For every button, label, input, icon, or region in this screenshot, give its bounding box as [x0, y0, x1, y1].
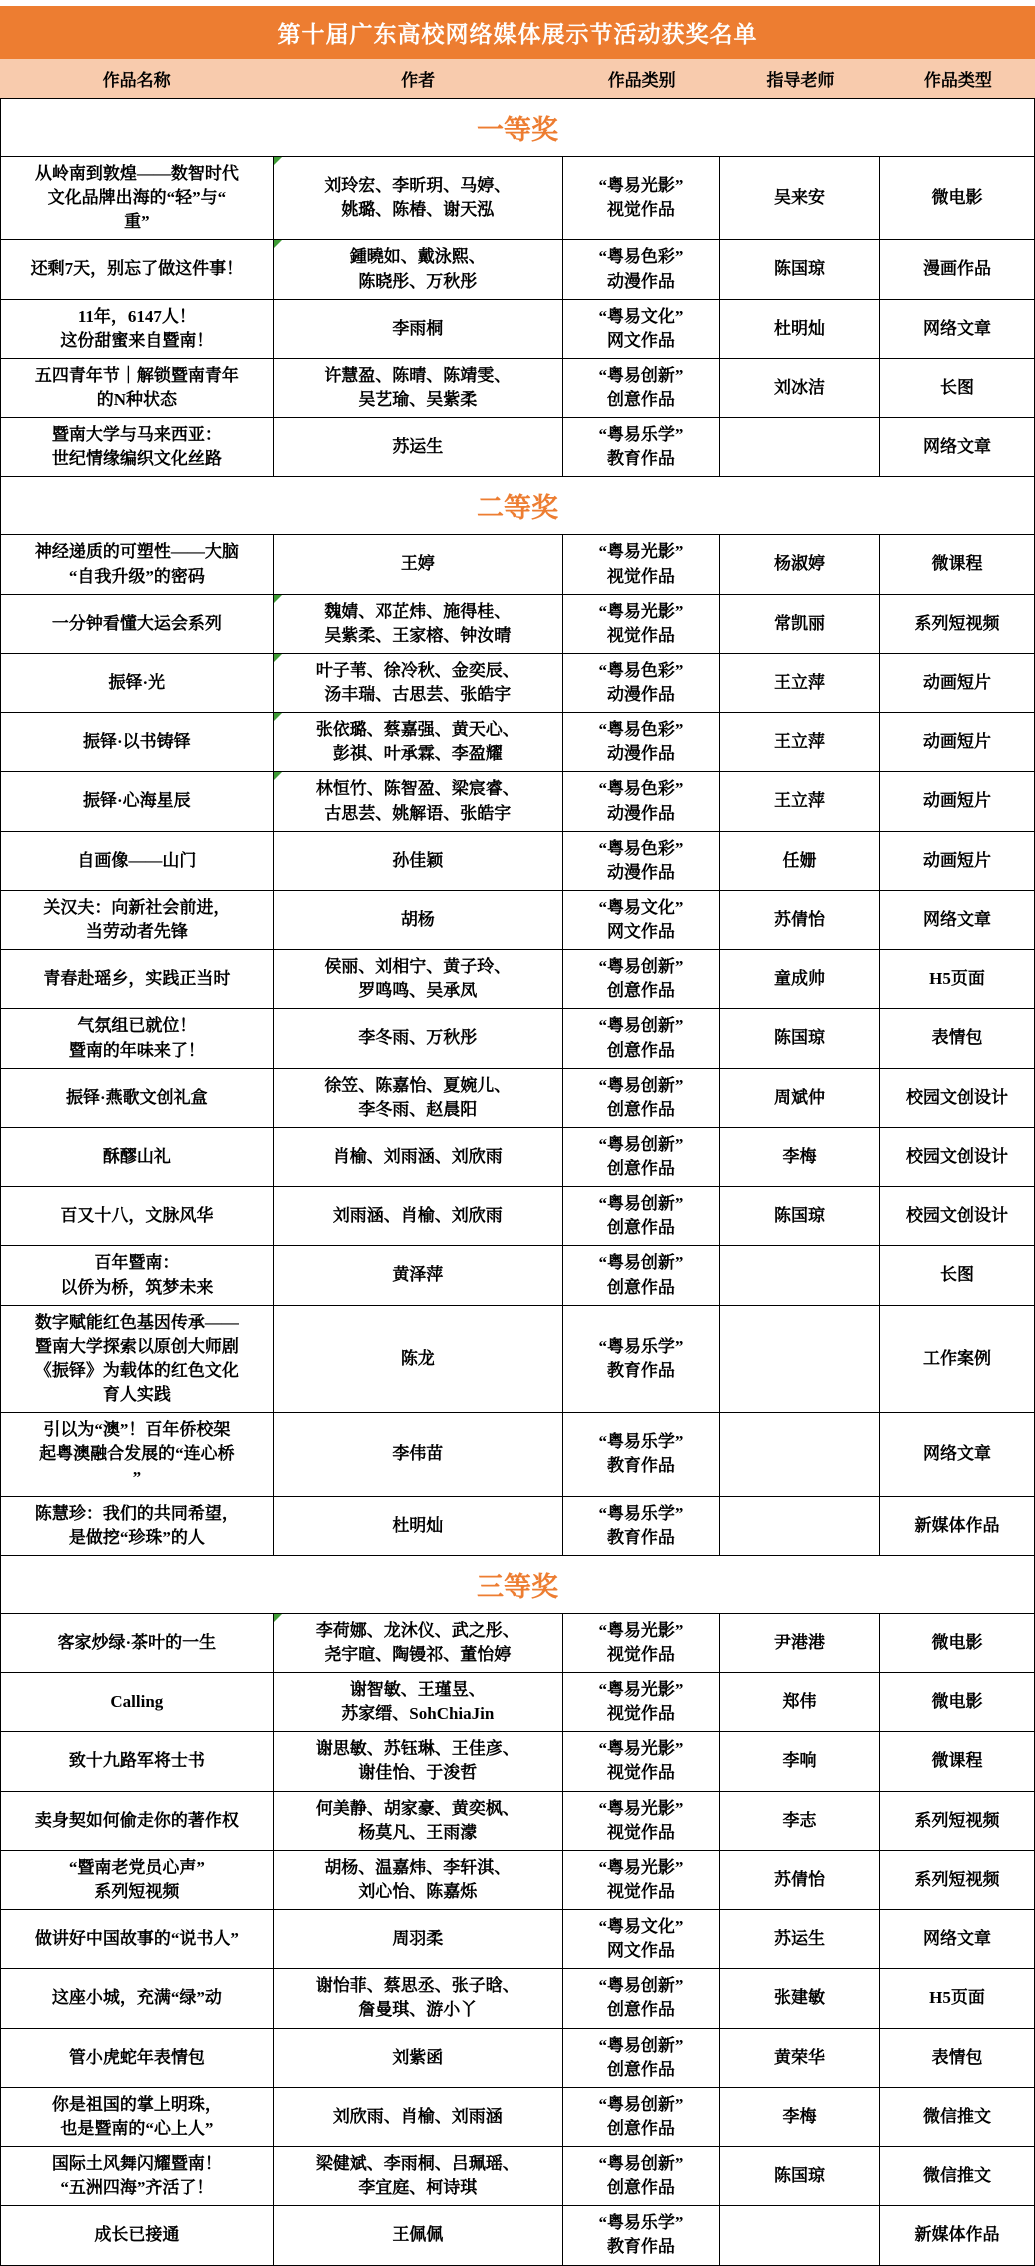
work-name-cell: Calling — [1, 1673, 274, 1731]
work-name-cell-text: 做讲好中国故事的“说书人” — [35, 1927, 239, 1951]
teacher-cell: 李梅 — [720, 2088, 880, 2146]
category-cell: “粤易创新” 创意作品 — [563, 1009, 720, 1067]
type-cell-text: 微信推文 — [923, 2164, 991, 2188]
teacher-cell: 刘冰洁 — [720, 359, 880, 417]
type-cell: 网络文章 — [880, 1413, 1034, 1495]
type-cell: 网络文章 — [880, 1910, 1034, 1968]
type-cell: 动画短片 — [880, 713, 1034, 771]
work-name-cell-text: 陈慧珍：我们的共同希望， 是做挖“珍珠”的人 — [35, 1502, 239, 1550]
work-name-cell-text: 你是祖国的掌上明珠， 也是暨南的“心上人” — [52, 2093, 222, 2141]
type-cell: 网络文章 — [880, 418, 1034, 476]
table-row: 你是祖国的掌上明珠， 也是暨南的“心上人”刘欣雨、肖榆、刘雨涵“粤易创新” 创意… — [1, 2088, 1034, 2147]
table-row: 振铎·心海星辰林恒竹、陈智盈、梁宸睿、 古思芸、姚解语、张皓宇“粤易色彩” 动漫… — [1, 772, 1034, 831]
category-cell: “粤易文化” 网文作品 — [563, 300, 720, 358]
category-cell-text: “粤易创新” 创意作品 — [598, 1014, 683, 1062]
type-cell-text: 微电影 — [932, 186, 983, 210]
authors-cell-text: 侯丽、刘相宁、黄子玲、 罗鸣鸣、吴承凤 — [324, 955, 511, 1003]
authors-cell-text: 谢智敏、王瑾昱、 苏家缙、SohChiaJin — [341, 1678, 494, 1726]
type-cell-text: 微课程 — [932, 552, 983, 576]
authors-cell-text: 刘玲宏、李昕玥、马婷、 姚璐、陈椿、谢天泓 — [324, 174, 511, 222]
work-name-cell: 自画像——山门 — [1, 832, 274, 890]
teacher-cell: 陈国琼 — [720, 2147, 880, 2205]
teacher-cell-text: 王立萍 — [774, 730, 825, 754]
work-name-cell-text: 还剩7天，别忘了做这件事！ — [31, 257, 244, 281]
category-cell-text: “粤易创新” 创意作品 — [598, 2093, 683, 2141]
teacher-cell-text: 李梅 — [783, 1145, 817, 1169]
category-cell-text: “粤易创新” 创意作品 — [598, 1133, 683, 1181]
type-cell-text: H5页面 — [929, 967, 985, 991]
type-cell: 网络文章 — [880, 891, 1034, 949]
work-name-cell-text: 振铎·燕歌文创礼盒 — [66, 1086, 208, 1110]
category-cell: “粤易创新” 创意作品 — [563, 359, 720, 417]
type-cell: 表情包 — [880, 1009, 1034, 1067]
type-cell-text: 校园文创设计 — [906, 1145, 1008, 1169]
teacher-cell: 张建敏 — [720, 1969, 880, 2027]
authors-cell: 黄泽萍 — [274, 1246, 563, 1304]
authors-cell: 谢思敏、苏钰琳、王佳彦、 谢佳怡、于浚哲 — [274, 1732, 563, 1790]
teacher-cell-text: 李志 — [783, 1809, 817, 1833]
type-cell: 长图 — [880, 1246, 1034, 1304]
authors-cell-text: 孙佳颖 — [392, 849, 443, 873]
category-cell: “粤易色彩” 动漫作品 — [563, 713, 720, 771]
work-name-cell: 百年暨南： 以侨为桥，筑梦未来 — [1, 1246, 274, 1304]
column-header-authors: 作者 — [273, 59, 563, 98]
work-name-cell: 振铎·以书铸铎 — [1, 713, 274, 771]
work-name-cell: 引以为“澳”！百年侨校架 起粤澳融合发展的“连心桥 ” — [1, 1413, 274, 1495]
teacher-cell: 童成帅 — [720, 950, 880, 1008]
category-cell-text: “粤易创新” 创意作品 — [598, 1192, 683, 1240]
column-header-teacher: 指导老师 — [720, 59, 880, 98]
category-cell-text: “粤易光影” 视觉作品 — [598, 600, 683, 648]
work-name-cell-text: 管小虎蛇年表情包 — [69, 2046, 205, 2070]
category-cell: “粤易文化” 网文作品 — [563, 1910, 720, 1968]
authors-cell-text: 叶子苇、徐冷秋、金奕辰、 汤丰瑞、古思芸、张皓宇 — [316, 659, 520, 707]
awards-list-page: 第十届广东高校网络媒体展示节活动获奖名单 作品名称 作者 作品类别 指导老师 作… — [0, 6, 1035, 2266]
category-cell-text: “粤易创新” 创意作品 — [598, 2152, 683, 2200]
teacher-cell-text: 周斌仲 — [774, 1086, 825, 1110]
category-cell-text: “粤易文化” 网文作品 — [598, 896, 683, 944]
authors-cell-text: 王婷 — [401, 552, 435, 576]
category-cell-text: “粤易光影” 视觉作品 — [598, 174, 683, 222]
excel-error-marker-icon — [274, 713, 282, 721]
category-cell: “粤易创新” 创意作品 — [563, 1246, 720, 1304]
category-cell-text: “粤易文化” 网文作品 — [598, 1915, 683, 1963]
category-cell: “粤易创新” 创意作品 — [563, 1969, 720, 2027]
work-name-cell: 陈慧珍：我们的共同希望， 是做挖“珍珠”的人 — [1, 1497, 274, 1555]
teacher-cell-text: 杜明灿 — [774, 317, 825, 341]
teacher-cell-text: 吴来安 — [774, 186, 825, 210]
category-cell-text: “粤易光影” 视觉作品 — [598, 1678, 683, 1726]
work-name-cell: 还剩7天，别忘了做这件事！ — [1, 240, 274, 298]
teacher-cell-text: 任姗 — [783, 849, 817, 873]
section-header: 二等奖 — [1, 477, 1034, 535]
type-cell-text: 网络文章 — [923, 1927, 991, 1951]
authors-cell-text: 王佩佩 — [392, 2223, 443, 2247]
authors-cell: 李冬雨、万秋彤 — [274, 1009, 563, 1067]
authors-cell: 林恒竹、陈智盈、梁宸睿、 古思芸、姚解语、张皓宇 — [274, 772, 563, 830]
table-row: 引以为“澳”！百年侨校架 起粤澳融合发展的“连心桥 ”李伟苗“粤易乐学” 教育作… — [1, 1413, 1034, 1496]
type-cell: 校园文创设计 — [880, 1187, 1034, 1245]
work-name-cell-text: 从岭南到敦煌——数智时代 文化品牌出海的“轻”与“ 重” — [35, 162, 239, 234]
work-name-cell-text: 暨南大学与马来西亚： 世纪情缘编织文化丝路 — [52, 423, 222, 471]
work-name-cell-text: 振铎·以书铸铎 — [83, 730, 191, 754]
type-cell: 漫画作品 — [880, 240, 1034, 298]
category-cell-text: “粤易光影” 视觉作品 — [598, 1619, 683, 1667]
category-cell: “粤易创新” 创意作品 — [563, 2088, 720, 2146]
type-cell-text: 动画短片 — [923, 789, 991, 813]
authors-cell: 刘玲宏、李昕玥、马婷、 姚璐、陈椿、谢天泓 — [274, 157, 563, 239]
authors-cell-text: 林恒竹、陈智盈、梁宸睿、 古思芸、姚解语、张皓宇 — [316, 777, 520, 825]
work-name-cell-text: 神经递质的可塑性——大脑 “自我升级”的密码 — [35, 540, 239, 588]
category-cell: “粤易创新” 创意作品 — [563, 950, 720, 1008]
excel-error-marker-icon — [274, 240, 282, 248]
authors-cell-text: 刘紫函 — [392, 2046, 443, 2070]
teacher-cell: 陈国琼 — [720, 240, 880, 298]
page-title: 第十届广东高校网络媒体展示节活动获奖名单 — [0, 6, 1035, 59]
teacher-cell-text: 常凯丽 — [774, 612, 825, 636]
authors-cell-text: 李冬雨、万秋彤 — [358, 1026, 477, 1050]
authors-cell-text: 胡杨、温嘉炜、李轩淇、 刘心怡、陈嘉烁 — [324, 1856, 511, 1904]
type-cell: 微信推文 — [880, 2147, 1034, 2205]
type-cell-text: 微电影 — [932, 1690, 983, 1714]
type-cell: 表情包 — [880, 2029, 1034, 2087]
category-cell: “粤易光影” 视觉作品 — [563, 1732, 720, 1790]
type-cell-text: 表情包 — [932, 1026, 983, 1050]
work-name-cell-text: 自画像——山门 — [77, 849, 196, 873]
teacher-cell-text: 童成帅 — [774, 967, 825, 991]
authors-cell: 孙佳颖 — [274, 832, 563, 890]
work-name-cell: 暨南大学与马来西亚： 世纪情缘编织文化丝路 — [1, 418, 274, 476]
type-cell-text: 系列短视频 — [915, 1868, 1000, 1892]
teacher-cell: 周斌仲 — [720, 1069, 880, 1127]
table-row: “暨南老党员心声” 系列短视频胡杨、温嘉炜、李轩淇、 刘心怡、陈嘉烁“粤易光影”… — [1, 1851, 1034, 1910]
authors-cell: 李伟苗 — [274, 1413, 563, 1495]
work-name-cell: “暨南老党员心声” 系列短视频 — [1, 1851, 274, 1909]
authors-cell-text: 何美静、胡家豪、黄奕枫、 杨莫凡、王雨濛 — [316, 1797, 520, 1845]
table-row: 做讲好中国故事的“说书人”周羽柔“粤易文化” 网文作品苏运生网络文章 — [1, 1910, 1034, 1969]
authors-cell: 王婷 — [274, 535, 563, 593]
authors-cell: 魏婧、邓芷炜、施得桂、 吴紫柔、王家榕、钟汝晴 — [274, 595, 563, 653]
teacher-cell — [720, 1246, 880, 1304]
type-cell: 微电影 — [880, 1614, 1034, 1672]
authors-cell: 鍾曉如、戴泳熙、 陈晓彤、万秋彤 — [274, 240, 563, 298]
category-cell-text: “粤易创新” 创意作品 — [598, 1074, 683, 1122]
teacher-cell-text: 苏倩怡 — [774, 1868, 825, 1892]
table-row: 数字赋能红色基因传承—— 暨南大学探索以原创大师剧 《振铎》为载体的红色文化 育… — [1, 1306, 1034, 1414]
category-cell: “粤易创新” 创意作品 — [563, 2147, 720, 2205]
type-cell: 网络文章 — [880, 300, 1034, 358]
work-name-cell: 管小虎蛇年表情包 — [1, 2029, 274, 2087]
table-row: 这座小城，充满“绿”动谢怡菲、蔡思丞、张子晗、 詹曼琪、游小丫“粤易创新” 创意… — [1, 1969, 1034, 2028]
authors-cell: 侯丽、刘相宁、黄子玲、 罗鸣鸣、吴承凤 — [274, 950, 563, 1008]
authors-cell-text: 胡杨 — [401, 908, 435, 932]
teacher-cell-text: 张建敏 — [774, 1986, 825, 2010]
work-name-cell: 振铎·光 — [1, 654, 274, 712]
category-cell: “粤易乐学” 教育作品 — [563, 1497, 720, 1555]
authors-cell: 周羽柔 — [274, 1910, 563, 1968]
teacher-cell-text: 李响 — [783, 1749, 817, 1773]
authors-cell-text: 李荷娜、龙沐仪、武之彤、 尧宇暄、陶镘祁、董怡婷 — [316, 1619, 520, 1667]
teacher-cell: 苏运生 — [720, 1910, 880, 1968]
category-cell: “粤易创新” 创意作品 — [563, 1128, 720, 1186]
authors-cell-text: 黄泽萍 — [392, 1263, 443, 1287]
column-header-work-name: 作品名称 — [0, 59, 273, 98]
category-cell-text: “粤易光影” 视觉作品 — [598, 1856, 683, 1904]
category-cell-text: “粤易色彩” 动漫作品 — [598, 718, 683, 766]
table-row: 暨南大学与马来西亚： 世纪情缘编织文化丝路苏运生“粤易乐学” 教育作品网络文章 — [1, 418, 1034, 477]
work-name-cell: 振铎·燕歌文创礼盒 — [1, 1069, 274, 1127]
teacher-cell-text: 杨淑婷 — [774, 552, 825, 576]
work-name-cell-text: 振铎·心海星辰 — [83, 789, 191, 813]
table-row: 管小虎蛇年表情包刘紫函“粤易创新” 创意作品黄荣华表情包 — [1, 2029, 1034, 2088]
type-cell-text: 表情包 — [932, 2046, 983, 2070]
table-row: 五四青年节｜解锁暨南青年 的N种状态许慧盈、陈晴、陈靖雯、 吴艺瑜、吴紫柔“粤易… — [1, 359, 1034, 418]
authors-cell: 李雨桐 — [274, 300, 563, 358]
teacher-cell: 苏倩怡 — [720, 1851, 880, 1909]
work-name-cell: 11年，6147人！ 这份甜蜜来自暨南！ — [1, 300, 274, 358]
column-header-category: 作品类别 — [563, 59, 720, 98]
table-body: 一等奖从岭南到敦煌——数智时代 文化品牌出海的“轻”与“ 重”刘玲宏、李昕玥、马… — [0, 98, 1035, 2266]
category-cell-text: “粤易乐学” 教育作品 — [598, 1502, 683, 1550]
type-cell-text: 微电影 — [932, 1631, 983, 1655]
category-cell-text: “粤易色彩” 动漫作品 — [598, 659, 683, 707]
authors-cell-text: 李伟苗 — [392, 1442, 443, 1466]
type-cell-text: 网络文章 — [923, 1442, 991, 1466]
category-cell-text: “粤易乐学” 教育作品 — [598, 1335, 683, 1383]
excel-error-marker-icon — [274, 157, 282, 165]
work-name-cell-text: 振铎·光 — [109, 671, 166, 695]
type-cell-text: 网络文章 — [923, 317, 991, 341]
work-name-cell-text: 酥醪山礼 — [103, 1145, 171, 1169]
category-cell-text: “粤易乐学” 教育作品 — [598, 423, 683, 471]
work-name-cell: 这座小城，充满“绿”动 — [1, 1969, 274, 2027]
work-name-cell-text: 青春赴瑶乡，实践正当时 — [43, 967, 230, 991]
authors-cell: 谢怡菲、蔡思丞、张子晗、 詹曼琪、游小丫 — [274, 1969, 563, 2027]
work-name-cell-text: 国际土风舞闪耀暨南！ “五洲四海”齐活了！ — [52, 2152, 222, 2200]
authors-cell-text: 谢怡菲、蔡思丞、张子晗、 詹曼琪、游小丫 — [316, 1974, 520, 2022]
authors-cell-text: 杜明灿 — [392, 1514, 443, 1538]
category-cell: “粤易色彩” 动漫作品 — [563, 654, 720, 712]
table-row: 振铎·光叶子苇、徐冷秋、金奕辰、 汤丰瑞、古思芸、张皓宇“粤易色彩” 动漫作品王… — [1, 654, 1034, 713]
authors-cell: 胡杨、温嘉炜、李轩淇、 刘心怡、陈嘉烁 — [274, 1851, 563, 1909]
teacher-cell-text: 陈国琼 — [774, 1026, 825, 1050]
table-row: 陈慧珍：我们的共同希望， 是做挖“珍珠”的人杜明灿“粤易乐学” 教育作品新媒体作… — [1, 1497, 1034, 1556]
table-row: 振铎·以书铸铎张依璐、蔡嘉强、黄天心、 彭祺、叶承霖、李盈耀“粤易色彩” 动漫作… — [1, 713, 1034, 772]
authors-cell: 张依璐、蔡嘉强、黄天心、 彭祺、叶承霖、李盈耀 — [274, 713, 563, 771]
authors-cell-text: 陈龙 — [401, 1347, 435, 1371]
work-name-cell: 国际土风舞闪耀暨南！ “五洲四海”齐活了！ — [1, 2147, 274, 2205]
section-header: 三等奖 — [1, 1556, 1034, 1614]
type-cell-text: 工作案例 — [923, 1347, 991, 1371]
authors-cell: 李荷娜、龙沐仪、武之彤、 尧宇暄、陶镘祁、董怡婷 — [274, 1614, 563, 1672]
authors-cell: 胡杨 — [274, 891, 563, 949]
type-cell: 系列短视频 — [880, 595, 1034, 653]
type-cell: 微电影 — [880, 157, 1034, 239]
table-row: 致十九路军将士书谢思敏、苏钰琳、王佳彦、 谢佳怡、于浚哲“粤易光影” 视觉作品李… — [1, 1732, 1034, 1791]
category-cell-text: “粤易创新” 创意作品 — [598, 364, 683, 412]
teacher-cell-text: 苏倩怡 — [774, 908, 825, 932]
category-cell-text: “粤易光影” 视觉作品 — [598, 1797, 683, 1845]
teacher-cell: 常凯丽 — [720, 595, 880, 653]
table-row: 还剩7天，别忘了做这件事！鍾曉如、戴泳熙、 陈晓彤、万秋彤“粤易色彩” 动漫作品… — [1, 240, 1034, 299]
work-name-cell-text: 致十九路军将士书 — [69, 1749, 205, 1773]
excel-error-marker-icon — [274, 1614, 282, 1622]
authors-cell-text: 鍾曉如、戴泳熙、 陈晓彤、万秋彤 — [350, 245, 486, 293]
work-name-cell: 致十九路军将士书 — [1, 1732, 274, 1790]
work-name-cell: 百又十八，文脉风华 — [1, 1187, 274, 1245]
type-cell-text: 动画短片 — [923, 849, 991, 873]
authors-cell: 许慧盈、陈晴、陈靖雯、 吴艺瑜、吴紫柔 — [274, 359, 563, 417]
excel-error-marker-icon — [274, 654, 282, 662]
teacher-cell-text: 李梅 — [783, 2105, 817, 2129]
work-name-cell: 一分钟看懂大运会系列 — [1, 595, 274, 653]
table-header: 作品名称 作者 作品类别 指导老师 作品类型 — [0, 59, 1035, 98]
category-cell-text: “粤易色彩” 动漫作品 — [598, 245, 683, 293]
category-cell: “粤易创新” 创意作品 — [563, 2029, 720, 2087]
teacher-cell: 杨淑婷 — [720, 535, 880, 593]
category-cell-text: “粤易色彩” 动漫作品 — [598, 777, 683, 825]
type-cell-text: H5页面 — [929, 1986, 985, 2010]
type-cell-text: 校园文创设计 — [906, 1086, 1008, 1110]
type-cell: 长图 — [880, 359, 1034, 417]
authors-cell: 刘欣雨、肖榆、刘雨涵 — [274, 2088, 563, 2146]
table-row: 客家炒绿·茶叶的一生李荷娜、龙沐仪、武之彤、 尧宇暄、陶镘祁、董怡婷“粤易光影”… — [1, 1614, 1034, 1673]
teacher-cell-text: 陈国琼 — [774, 257, 825, 281]
table-row: 百年暨南： 以侨为桥，筑梦未来黄泽萍“粤易创新” 创意作品长图 — [1, 1246, 1034, 1305]
authors-cell: 苏运生 — [274, 418, 563, 476]
teacher-cell — [720, 1306, 880, 1413]
type-cell-text: 新媒体作品 — [915, 1514, 1000, 1538]
category-cell: “粤易色彩” 动漫作品 — [563, 832, 720, 890]
teacher-cell — [720, 418, 880, 476]
authors-cell: 刘雨涵、肖榆、刘欣雨 — [274, 1187, 563, 1245]
table-row: 一分钟看懂大运会系列魏婧、邓芷炜、施得桂、 吴紫柔、王家榕、钟汝晴“粤易光影” … — [1, 595, 1034, 654]
work-name-cell-text: 11年，6147人！ 这份甜蜜来自暨南！ — [60, 305, 213, 353]
type-cell-text: 动画短片 — [923, 671, 991, 695]
table-row: 自画像——山门孙佳颖“粤易色彩” 动漫作品任姗动画短片 — [1, 832, 1034, 891]
work-name-cell: 成长已接通 — [1, 2206, 274, 2264]
category-cell: “粤易色彩” 动漫作品 — [563, 240, 720, 298]
category-cell: “粤易创新” 创意作品 — [563, 1187, 720, 1245]
work-name-cell: 青春赴瑶乡，实践正当时 — [1, 950, 274, 1008]
table-row: 百又十八，文脉风华刘雨涵、肖榆、刘欣雨“粤易创新” 创意作品陈国琼校园文创设计 — [1, 1187, 1034, 1246]
authors-cell: 陈龙 — [274, 1306, 563, 1413]
category-cell-text: “粤易文化” 网文作品 — [598, 305, 683, 353]
type-cell: 系列短视频 — [880, 1851, 1034, 1909]
category-cell: “粤易光影” 视觉作品 — [563, 157, 720, 239]
teacher-cell-text: 尹港港 — [774, 1631, 825, 1655]
teacher-cell — [720, 1497, 880, 1555]
work-name-cell: 从岭南到敦煌——数智时代 文化品牌出海的“轻”与“ 重” — [1, 157, 274, 239]
table-row: 关汉夫：向新社会前进， 当劳动者先锋胡杨“粤易文化” 网文作品苏倩怡网络文章 — [1, 891, 1034, 950]
category-cell: “粤易光影” 视觉作品 — [563, 595, 720, 653]
type-cell-text: 长图 — [940, 1263, 974, 1287]
table-row: 11年，6147人！ 这份甜蜜来自暨南！李雨桐“粤易文化” 网文作品杜明灿网络文… — [1, 300, 1034, 359]
category-cell-text: “粤易色彩” 动漫作品 — [598, 837, 683, 885]
category-cell-text: “粤易乐学” 教育作品 — [598, 2211, 683, 2259]
type-cell: 微信推文 — [880, 2088, 1034, 2146]
authors-cell: 王佩佩 — [274, 2206, 563, 2264]
teacher-cell-text: 苏运生 — [774, 1927, 825, 1951]
work-name-cell-text: “暨南老党员心声” 系列短视频 — [69, 1856, 205, 1904]
work-name-cell-text: 五四青年节｜解锁暨南青年 的N种状态 — [35, 364, 239, 412]
teacher-cell-text: 黄荣华 — [774, 2046, 825, 2070]
type-cell-text: 系列短视频 — [915, 1809, 1000, 1833]
teacher-cell: 任姗 — [720, 832, 880, 890]
authors-cell: 谢智敏、王瑾昱、 苏家缙、SohChiaJin — [274, 1673, 563, 1731]
work-name-cell: 你是祖国的掌上明珠， 也是暨南的“心上人” — [1, 2088, 274, 2146]
teacher-cell-text: 郑伟 — [783, 1690, 817, 1714]
type-cell: 微课程 — [880, 1732, 1034, 1790]
work-name-cell: 酥醪山礼 — [1, 1128, 274, 1186]
excel-error-marker-icon — [274, 595, 282, 603]
authors-cell: 徐笠、陈嘉怡、夏婉儿、 李冬雨、赵晨阳 — [274, 1069, 563, 1127]
section-header: 一等奖 — [1, 99, 1034, 157]
teacher-cell: 李志 — [720, 1792, 880, 1850]
teacher-cell: 王立萍 — [720, 772, 880, 830]
work-name-cell-text: 一分钟看懂大运会系列 — [52, 612, 222, 636]
teacher-cell: 杜明灿 — [720, 300, 880, 358]
category-cell-text: “粤易光影” 视觉作品 — [598, 540, 683, 588]
authors-cell: 何美静、胡家豪、黄奕枫、 杨莫凡、王雨濛 — [274, 1792, 563, 1850]
authors-cell: 肖榆、刘雨涵、刘欣雨 — [274, 1128, 563, 1186]
authors-cell-text: 谢思敏、苏钰琳、王佳彦、 谢佳怡、于浚哲 — [316, 1737, 520, 1785]
authors-cell-text: 魏婧、邓芷炜、施得桂、 吴紫柔、王家榕、钟汝晴 — [324, 600, 511, 648]
type-cell: 动画短片 — [880, 654, 1034, 712]
teacher-cell-text: 王立萍 — [774, 789, 825, 813]
category-cell: “粤易光影” 视觉作品 — [563, 535, 720, 593]
type-cell: H5页面 — [880, 950, 1034, 1008]
type-cell: 新媒体作品 — [880, 2206, 1034, 2264]
teacher-cell-text: 王立萍 — [774, 671, 825, 695]
teacher-cell: 王立萍 — [720, 654, 880, 712]
type-cell-text: 微信推文 — [923, 2105, 991, 2129]
authors-cell-text: 徐笠、陈嘉怡、夏婉儿、 李冬雨、赵晨阳 — [324, 1074, 511, 1122]
type-cell-text: 微课程 — [932, 1749, 983, 1773]
teacher-cell: 黄荣华 — [720, 2029, 880, 2087]
type-cell: 微电影 — [880, 1673, 1034, 1731]
table-row: 酥醪山礼肖榆、刘雨涵、刘欣雨“粤易创新” 创意作品李梅校园文创设计 — [1, 1128, 1034, 1187]
type-cell: 微课程 — [880, 535, 1034, 593]
type-cell: 系列短视频 — [880, 1792, 1034, 1850]
type-cell-text: 新媒体作品 — [915, 2223, 1000, 2247]
type-cell: 新媒体作品 — [880, 1497, 1034, 1555]
category-cell: “粤易乐学” 教育作品 — [563, 1413, 720, 1495]
type-cell: 动画短片 — [880, 772, 1034, 830]
category-cell-text: “粤易光影” 视觉作品 — [598, 1737, 683, 1785]
type-cell-text: 漫画作品 — [923, 257, 991, 281]
table-row: 国际土风舞闪耀暨南！ “五洲四海”齐活了！梁健斌、李雨桐、吕珮瑶、 李宜庭、柯诗… — [1, 2147, 1034, 2206]
teacher-cell: 李梅 — [720, 1128, 880, 1186]
table-row: 成长已接通王佩佩“粤易乐学” 教育作品新媒体作品 — [1, 2206, 1034, 2265]
teacher-cell-text: 陈国琼 — [774, 1204, 825, 1228]
work-name-cell: 数字赋能红色基因传承—— 暨南大学探索以原创大师剧 《振铎》为载体的红色文化 育… — [1, 1306, 274, 1413]
teacher-cell: 尹港港 — [720, 1614, 880, 1672]
column-header-type: 作品类型 — [881, 59, 1035, 98]
authors-cell-text: 周羽柔 — [392, 1927, 443, 1951]
type-cell: 工作案例 — [880, 1306, 1034, 1413]
work-name-cell-text: 百年暨南： 以侨为桥，筑梦未来 — [60, 1251, 213, 1299]
category-cell-text: “粤易创新” 创意作品 — [598, 1251, 683, 1299]
authors-cell-text: 许慧盈、陈晴、陈靖雯、 吴艺瑜、吴紫柔 — [324, 364, 511, 412]
type-cell: 校园文创设计 — [880, 1069, 1034, 1127]
category-cell: “粤易光影” 视觉作品 — [563, 1614, 720, 1672]
authors-cell: 杜明灿 — [274, 1497, 563, 1555]
work-name-cell: 神经递质的可塑性——大脑 “自我升级”的密码 — [1, 535, 274, 593]
work-name-cell: 做讲好中国故事的“说书人” — [1, 1910, 274, 1968]
work-name-cell-text: 百又十八，文脉风华 — [60, 1204, 213, 1228]
teacher-cell: 吴来安 — [720, 157, 880, 239]
